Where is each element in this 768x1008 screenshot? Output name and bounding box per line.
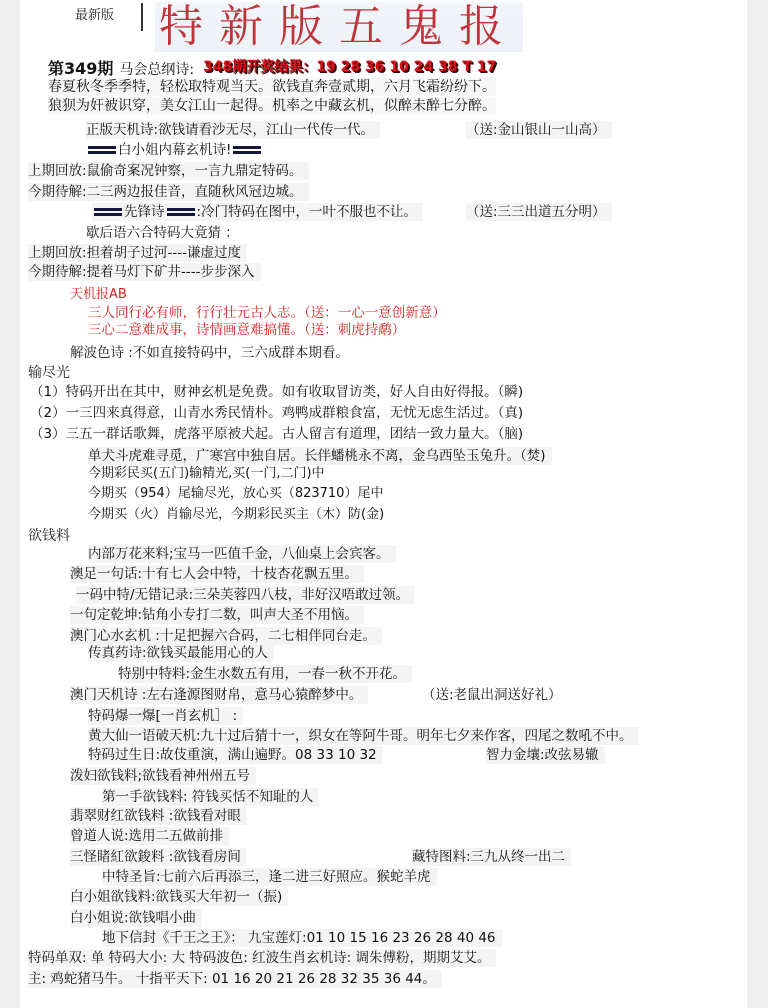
issue-line: 第349期马会总纲诗: <box>48 60 194 79</box>
review-last-text: 鼠偷奇案况钟察，一言九鼎定特码。 <box>87 163 303 179</box>
yuqian-row: 三怪睹紅欲鋑料 :欲钱看房间 <box>70 848 247 866</box>
shujinguang-extra-1: 单犬斗虎难寻觅，广寒宫中独自居。长伴蟠桃永不离，金乌西坠玉兔升。（焚) <box>88 447 552 465</box>
yuqian-row: 传真药诗:欲钱买最能用心的人 <box>88 644 274 662</box>
tianji-text: 欲钱请看沙无尽，江山一代传一代。 <box>158 122 374 138</box>
review-last-label: 上期回放: <box>28 163 87 179</box>
shujinguang-extra-3: 今期买（954）尾输尽光，放心买（823710）尾中 <box>88 485 389 503</box>
tianjibao-line-2: 三心二意难成事，诗情画意难搞懂。（送：刺虎持鹬） <box>88 321 411 339</box>
yuqian-row: 中特圣旨:七前六后再添三，逢二进三好照应。猴蛇羊虎 <box>102 868 437 886</box>
yuqian-gift: （送:老鼠出洞送好礼） <box>422 686 568 704</box>
xiehouyu-title: 歇后语六合特码大竟猜 ： <box>86 224 245 242</box>
yuqianliao-title: 欲钱料 <box>28 527 70 545</box>
yuqian-row: 地下信封《千王之王》： 九宝莲灯:01 10 15 16 23 26 28 40… <box>102 929 502 947</box>
header-divider <box>141 3 143 31</box>
tianji-gift: （送:金山银山一山高） <box>466 121 612 139</box>
yuqian-row: 澳足一句话:十有七人会中特，十枝杏花飘五里。 <box>70 565 364 583</box>
shujinguang-extra-4: 今期买（火）肖输尽光，今期彩民买主（木）防(金) <box>88 506 390 524</box>
review-current-text: 二三两边报佳音，直随秋风冠边城。 <box>87 184 303 200</box>
review-current: 今期待解:二三两边报佳音，直随秋风冠边城。 <box>28 183 309 201</box>
shujinguang-item-3: （3）三五一群话歌舞，虎落平原被犬起。古人留言有道理，团结一致力量大。（脑) <box>30 425 529 443</box>
result-banner: 348期开奖结果：19 28 36 10 24 38 T 17 <box>203 57 496 77</box>
yuqian-row: 澳门心水玄机 :十足把握六合码，二七相伴同台走。 <box>70 627 382 645</box>
poem-title: 马会总纲诗: <box>119 62 194 78</box>
yuqian-row: 黄大仙一语破天机:九十过后猜十一，织女在等阿牛哥。明年七夕来作客，四尾之数吼不中… <box>88 727 639 745</box>
yuqian-row: 泼妇欲钱料;欲钱看神州州五号 <box>70 767 256 785</box>
shujinguang-item-2: （2）一三四来真得意，山青水秀民情朴。鸡鸭成群粮食富，无忧无虑生活过。（真) <box>30 404 529 422</box>
double-bar-icon <box>88 145 116 155</box>
footer-line-1: 特码单双: 单 特码大小: 大 特码波色: 红波生肖玄机诗: 调朱傅粉，期期艾艾… <box>28 949 496 967</box>
yuqian-row: 第一手欲钱料: 符钱买恬不知耻的人 <box>102 788 319 806</box>
yuqian-row: 一码中特/无错记录:三朵芙蓉四八枝，非好汉唔敢过领。 <box>76 586 415 604</box>
review-last: 上期回放:鼠偷奇案况钟察，一言九鼎定特码。 <box>28 162 309 180</box>
issue-number: 第349期 <box>48 59 113 78</box>
tianjibao-line-1: 三人同行必有师，行行壮元古人志。（送：一心一意创新意） <box>88 304 452 322</box>
baixiaojie-header: 白小姐内幕玄机诗! <box>86 141 269 159</box>
xianfeng-gift: （送:三三出道五分明） <box>466 203 612 221</box>
footer-line-2: 主: 鸡蛇猪马牛。 十指平天下: 01 16 20 21 26 28 32 35… <box>28 970 442 988</box>
tianji-label: 正版天机诗: <box>86 122 158 138</box>
yuqian-row: 澳门天机诗 :左右逢源图财帛，意马心猿醉梦中。 <box>70 686 368 704</box>
yuqian-row: 特码爆一爆[一肖玄机］ : <box>88 707 243 725</box>
yuqian-row: 白小姐说:欲钱唱小曲 <box>70 909 202 927</box>
poem-line-1: 春夏秋冬季季特，轻松取特观当天。欲钱直奔壹贰期，六月飞霜纷纷下。 <box>48 78 496 96</box>
yuqian-row: 翡翠财红欲钱料 :欲钱看对眼 <box>70 807 247 825</box>
yuqian-side: 藏特图料:三九从终一出二 <box>412 848 571 866</box>
yuqian-row: 白小姐欲钱料:欲钱买大年初一（振) <box>70 888 288 906</box>
jiebose-row: 解波色诗 :不如直接特码中，三六成群本期看。 <box>70 344 355 362</box>
poem-line-2: 狼狈为奸被识穿，美女江山一起得。机率之中藏玄机，似醉未醉七分醉。 <box>48 97 496 115</box>
tianjibao-title: 天机报AB <box>70 286 133 304</box>
xiehouyu-current: 今期待解:提着马灯下矿井----步步深入 <box>28 263 261 281</box>
edition-label: 最新版 <box>75 4 114 23</box>
yuqian-row: 曾道人说:选用二五做前排 <box>70 827 229 845</box>
yuqian-row: 一句定乾坤:钻角小专打二数，叫声大圣不用恼。 <box>70 606 364 624</box>
yuqian-row: 特别中特料:金生水数五有用，一春一秋不开花。 <box>118 665 412 683</box>
yuqian-row: 特码过生日:故伎重演，满山遍野。08 33 10 32 <box>88 746 383 764</box>
shujinguang-extra-2: 今期彩民买(五门)输精光,买(一门,二门)中 <box>88 465 331 483</box>
shujinguang-item-1: （1）特码开出在其中，财神玄机是免费。如有收取冒访类，好人自由好得报。（瞬) <box>30 383 529 401</box>
yuqian-row: 内部万花来料;宝马一匹值千金，八仙桌上会宾客。 <box>88 545 396 563</box>
double-bar-icon <box>167 207 195 217</box>
xianfeng-row: 先锋诗:冷门特码在图中，一叶不服也不让。 <box>92 203 423 221</box>
tianji-row: 正版天机诗:欲钱请看沙无尽，江山一代传一代。 <box>86 121 380 139</box>
xiehouyu-last: 上期回放:担着胡子过河----谦虚过度 <box>28 244 247 262</box>
page-title: 特新版五鬼报 <box>155 2 523 52</box>
yuqian-side: 智力金壤:改弦易辙 <box>486 746 605 764</box>
double-bar-icon <box>233 145 261 155</box>
review-current-label: 今期待解: <box>28 184 87 200</box>
double-bar-icon <box>94 207 122 217</box>
shujinguang-title: 输尽光 <box>28 364 70 382</box>
